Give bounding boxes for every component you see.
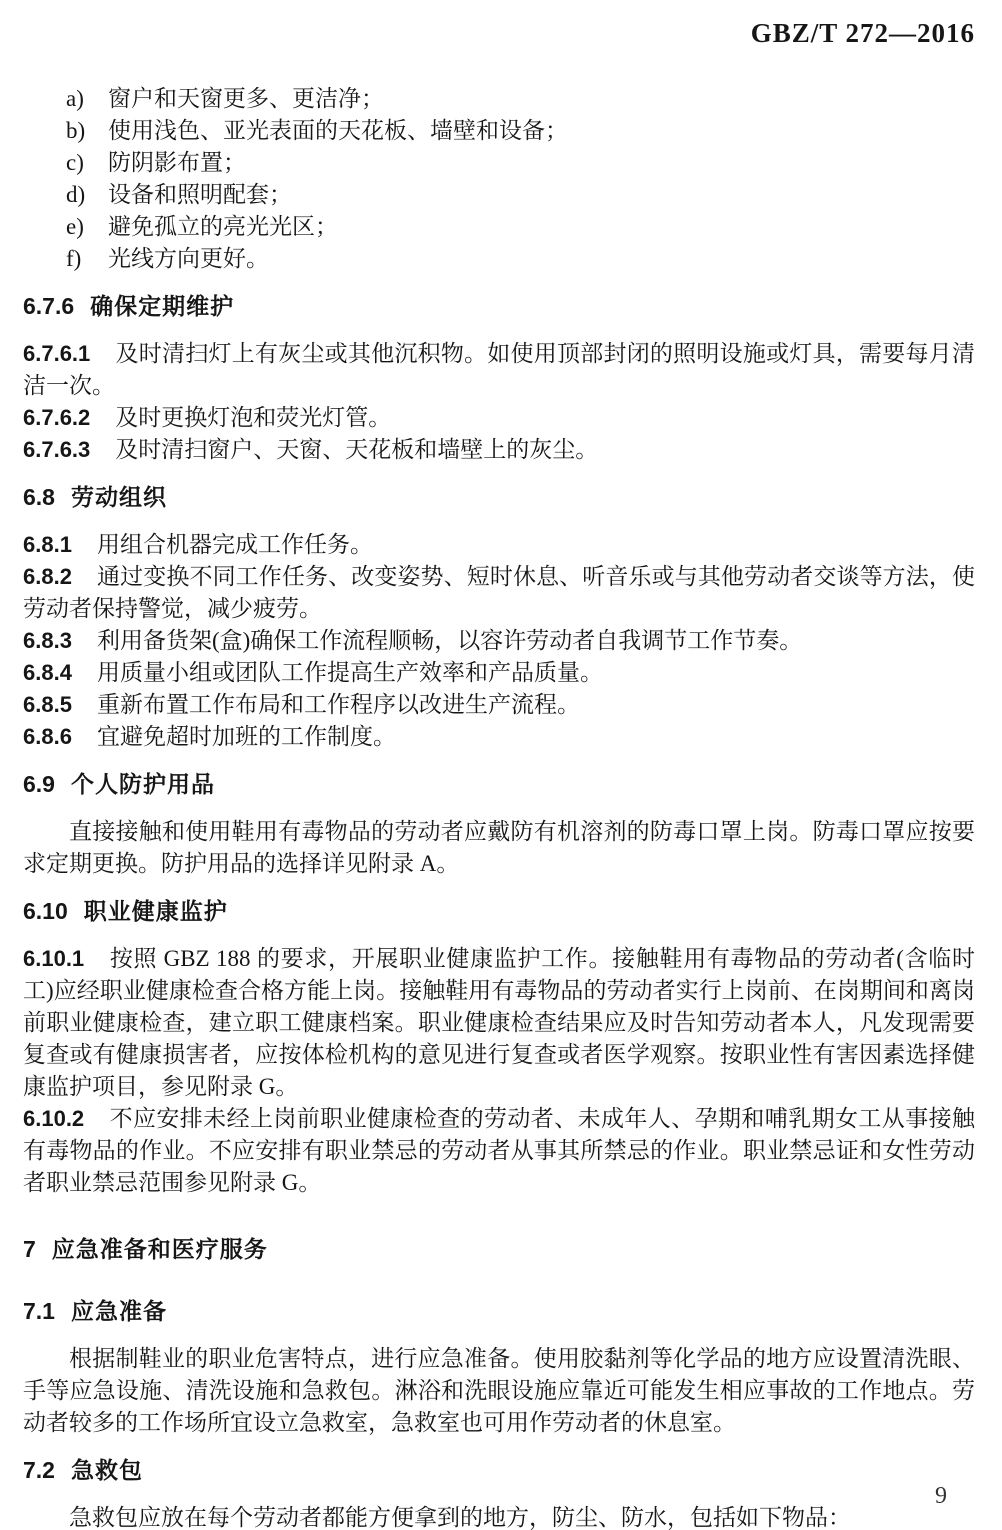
section-number: 6.9 <box>23 771 55 797</box>
list-item: d) 设备和照明配套； <box>23 179 975 211</box>
heading-6-7-6: 6.7.6确保定期维护 <box>23 290 975 322</box>
clause-6-7-6-1: 6.7.6.1及时清扫灯上有灰尘或其他沉积物。如使用顶部封闭的照明设施或灯具，需… <box>23 338 975 402</box>
list-item-text: 光线方向更好。 <box>108 243 269 275</box>
section-title: 应急准备和医疗服务 <box>52 1236 268 1262</box>
clause-number: 6.7.6.3 <box>23 437 90 462</box>
section-number: 6.7.6 <box>23 293 74 319</box>
heading-7-1: 7.1应急准备 <box>23 1295 975 1327</box>
paragraph-6-9: 直接接触和使用鞋用有毒物品的劳动者应戴防有机溶剂的防毒口罩上岗。防毒口罩应按要求… <box>23 816 975 880</box>
section-title: 急救包 <box>71 1457 143 1483</box>
clause-6-8-2: 6.8.2通过变换不同工作任务、改变姿势、短时休息、听音乐或与其他劳动者交谈等方… <box>23 561 975 625</box>
list-item-text: 使用浅色、亚光表面的天花板、墙壁和设备； <box>108 115 568 147</box>
clause-text: 按照 GBZ 188 的要求，开展职业健康监护工作。接触鞋用有毒物品的劳动者(含… <box>23 946 975 1099</box>
standard-code-header: GBZ/T 272—2016 <box>23 16 975 50</box>
clause-number: 6.8.4 <box>23 660 72 685</box>
clause-number: 6.8.3 <box>23 628 72 653</box>
list-item-text: 防阴影布置； <box>108 147 246 179</box>
clause-6-8-3: 6.8.3利用备货架(盒)确保工作流程顺畅，以容许劳动者自我调节工作节奏。 <box>23 625 975 657</box>
clause-text: 及时清扫窗户、天窗、天花板和墙壁上的灰尘。 <box>115 437 598 462</box>
clause-text: 及时清扫灯上有灰尘或其他沉积物。如使用顶部封闭的照明设施或灯具，需要每月清洁一次… <box>23 341 975 398</box>
section-number: 6.8 <box>23 484 55 510</box>
heading-6-9: 6.9个人防护用品 <box>23 768 975 800</box>
clause-number: 6.7.6.2 <box>23 405 90 430</box>
section-title: 劳动组织 <box>71 484 167 510</box>
clause-6-8-4: 6.8.4用质量小组或团队工作提高生产效率和产品质量。 <box>23 657 975 689</box>
section-title: 确保定期维护 <box>90 293 234 319</box>
clause-6-10-2: 6.10.2不应安排未经上岗前职业健康检查的劳动者、未成年人、孕期和哺乳期女工从… <box>23 1103 975 1199</box>
list-item: b) 使用浅色、亚光表面的天花板、墙壁和设备； <box>23 115 975 147</box>
list-item-label: c) <box>66 147 108 179</box>
clause-text: 利用备货架(盒)确保工作流程顺畅，以容许劳动者自我调节工作节奏。 <box>97 628 802 653</box>
page-content: GBZ/T 272—2016 a) 窗户和天窗更多、更洁净； b) 使用浅色、亚… <box>0 0 1002 1530</box>
paragraph-7-1: 根据制鞋业的职业危害特点，进行应急准备。使用胶黏剂等化学品的地方应设置清洗眼、手… <box>23 1343 975 1439</box>
document-page: GBZ/T 272—2016 a) 窗户和天窗更多、更洁净； b) 使用浅色、亚… <box>0 0 1002 1530</box>
section-number: 7 <box>23 1236 36 1262</box>
list-item-text: 窗户和天窗更多、更洁净； <box>108 83 384 115</box>
clause-text: 用组合机器完成工作任务。 <box>97 532 373 557</box>
heading-6-8: 6.8劳动组织 <box>23 481 975 513</box>
clause-text: 宜避免超时加班的工作制度。 <box>97 724 396 749</box>
clause-text: 及时更换灯泡和荧光灯管。 <box>115 405 391 430</box>
lettered-list: a) 窗户和天窗更多、更洁净； b) 使用浅色、亚光表面的天花板、墙壁和设备； … <box>23 83 975 275</box>
list-item-label: f) <box>66 243 108 275</box>
list-item: e) 避免孤立的亮光光区； <box>23 211 975 243</box>
section-title: 个人防护用品 <box>71 771 215 797</box>
clause-number: 6.10.2 <box>23 1106 84 1131</box>
heading-7: 7应急准备和医疗服务 <box>23 1233 975 1265</box>
section-number: 7.2 <box>23 1457 55 1483</box>
clause-6-10-1: 6.10.1按照 GBZ 188 的要求，开展职业健康监护工作。接触鞋用有毒物品… <box>23 943 975 1103</box>
list-item-label: a) <box>66 83 108 115</box>
list-item-label: e) <box>66 211 108 243</box>
clause-number: 6.8.2 <box>23 564 72 589</box>
list-item-label: b) <box>66 115 108 147</box>
section-number: 6.10 <box>23 898 68 924</box>
section-title: 应急准备 <box>71 1298 167 1324</box>
clause-number: 6.8.5 <box>23 692 72 717</box>
list-item: a) 窗户和天窗更多、更洁净； <box>23 83 975 115</box>
list-item: c) 防阴影布置； <box>23 147 975 179</box>
heading-6-10: 6.10职业健康监护 <box>23 895 975 927</box>
clause-number: 6.8.1 <box>23 532 72 557</box>
clause-text: 重新布置工作布局和工作程序以改进生产流程。 <box>97 692 580 717</box>
clause-6-8-1: 6.8.1用组合机器完成工作任务。 <box>23 529 975 561</box>
list-item-text: 设备和照明配套； <box>108 179 292 211</box>
heading-7-2: 7.2急救包 <box>23 1454 975 1486</box>
clause-6-8-5: 6.8.5重新布置工作布局和工作程序以改进生产流程。 <box>23 689 975 721</box>
clause-number: 6.8.6 <box>23 724 72 749</box>
clause-6-7-6-3: 6.7.6.3及时清扫窗户、天窗、天花板和墙壁上的灰尘。 <box>23 434 975 466</box>
section-number: 7.1 <box>23 1298 55 1324</box>
clause-number: 6.10.1 <box>23 946 84 971</box>
clause-number: 6.7.6.1 <box>23 341 90 366</box>
list-item: f) 光线方向更好。 <box>23 243 975 275</box>
clause-6-8-6: 6.8.6宜避免超时加班的工作制度。 <box>23 721 975 753</box>
clause-text: 不应安排未经上岗前职业健康检查的劳动者、未成年人、孕期和哺乳期女工从事接触有毒物… <box>23 1106 975 1195</box>
section-title: 职业健康监护 <box>84 898 228 924</box>
clause-text: 通过变换不同工作任务、改变姿势、短时休息、听音乐或与其他劳动者交谈等方法，使劳动… <box>23 564 975 621</box>
clause-text: 用质量小组或团队工作提高生产效率和产品质量。 <box>97 660 603 685</box>
list-item-text: 避免孤立的亮光光区； <box>108 211 338 243</box>
page-number: 9 <box>935 1482 947 1510</box>
paragraph-7-2: 急救包应放在每个劳动者都能方便拿到的地方，防尘、防水，包括如下物品： <box>23 1502 975 1530</box>
clause-6-7-6-2: 6.7.6.2及时更换灯泡和荧光灯管。 <box>23 402 975 434</box>
list-item-label: d) <box>66 179 108 211</box>
